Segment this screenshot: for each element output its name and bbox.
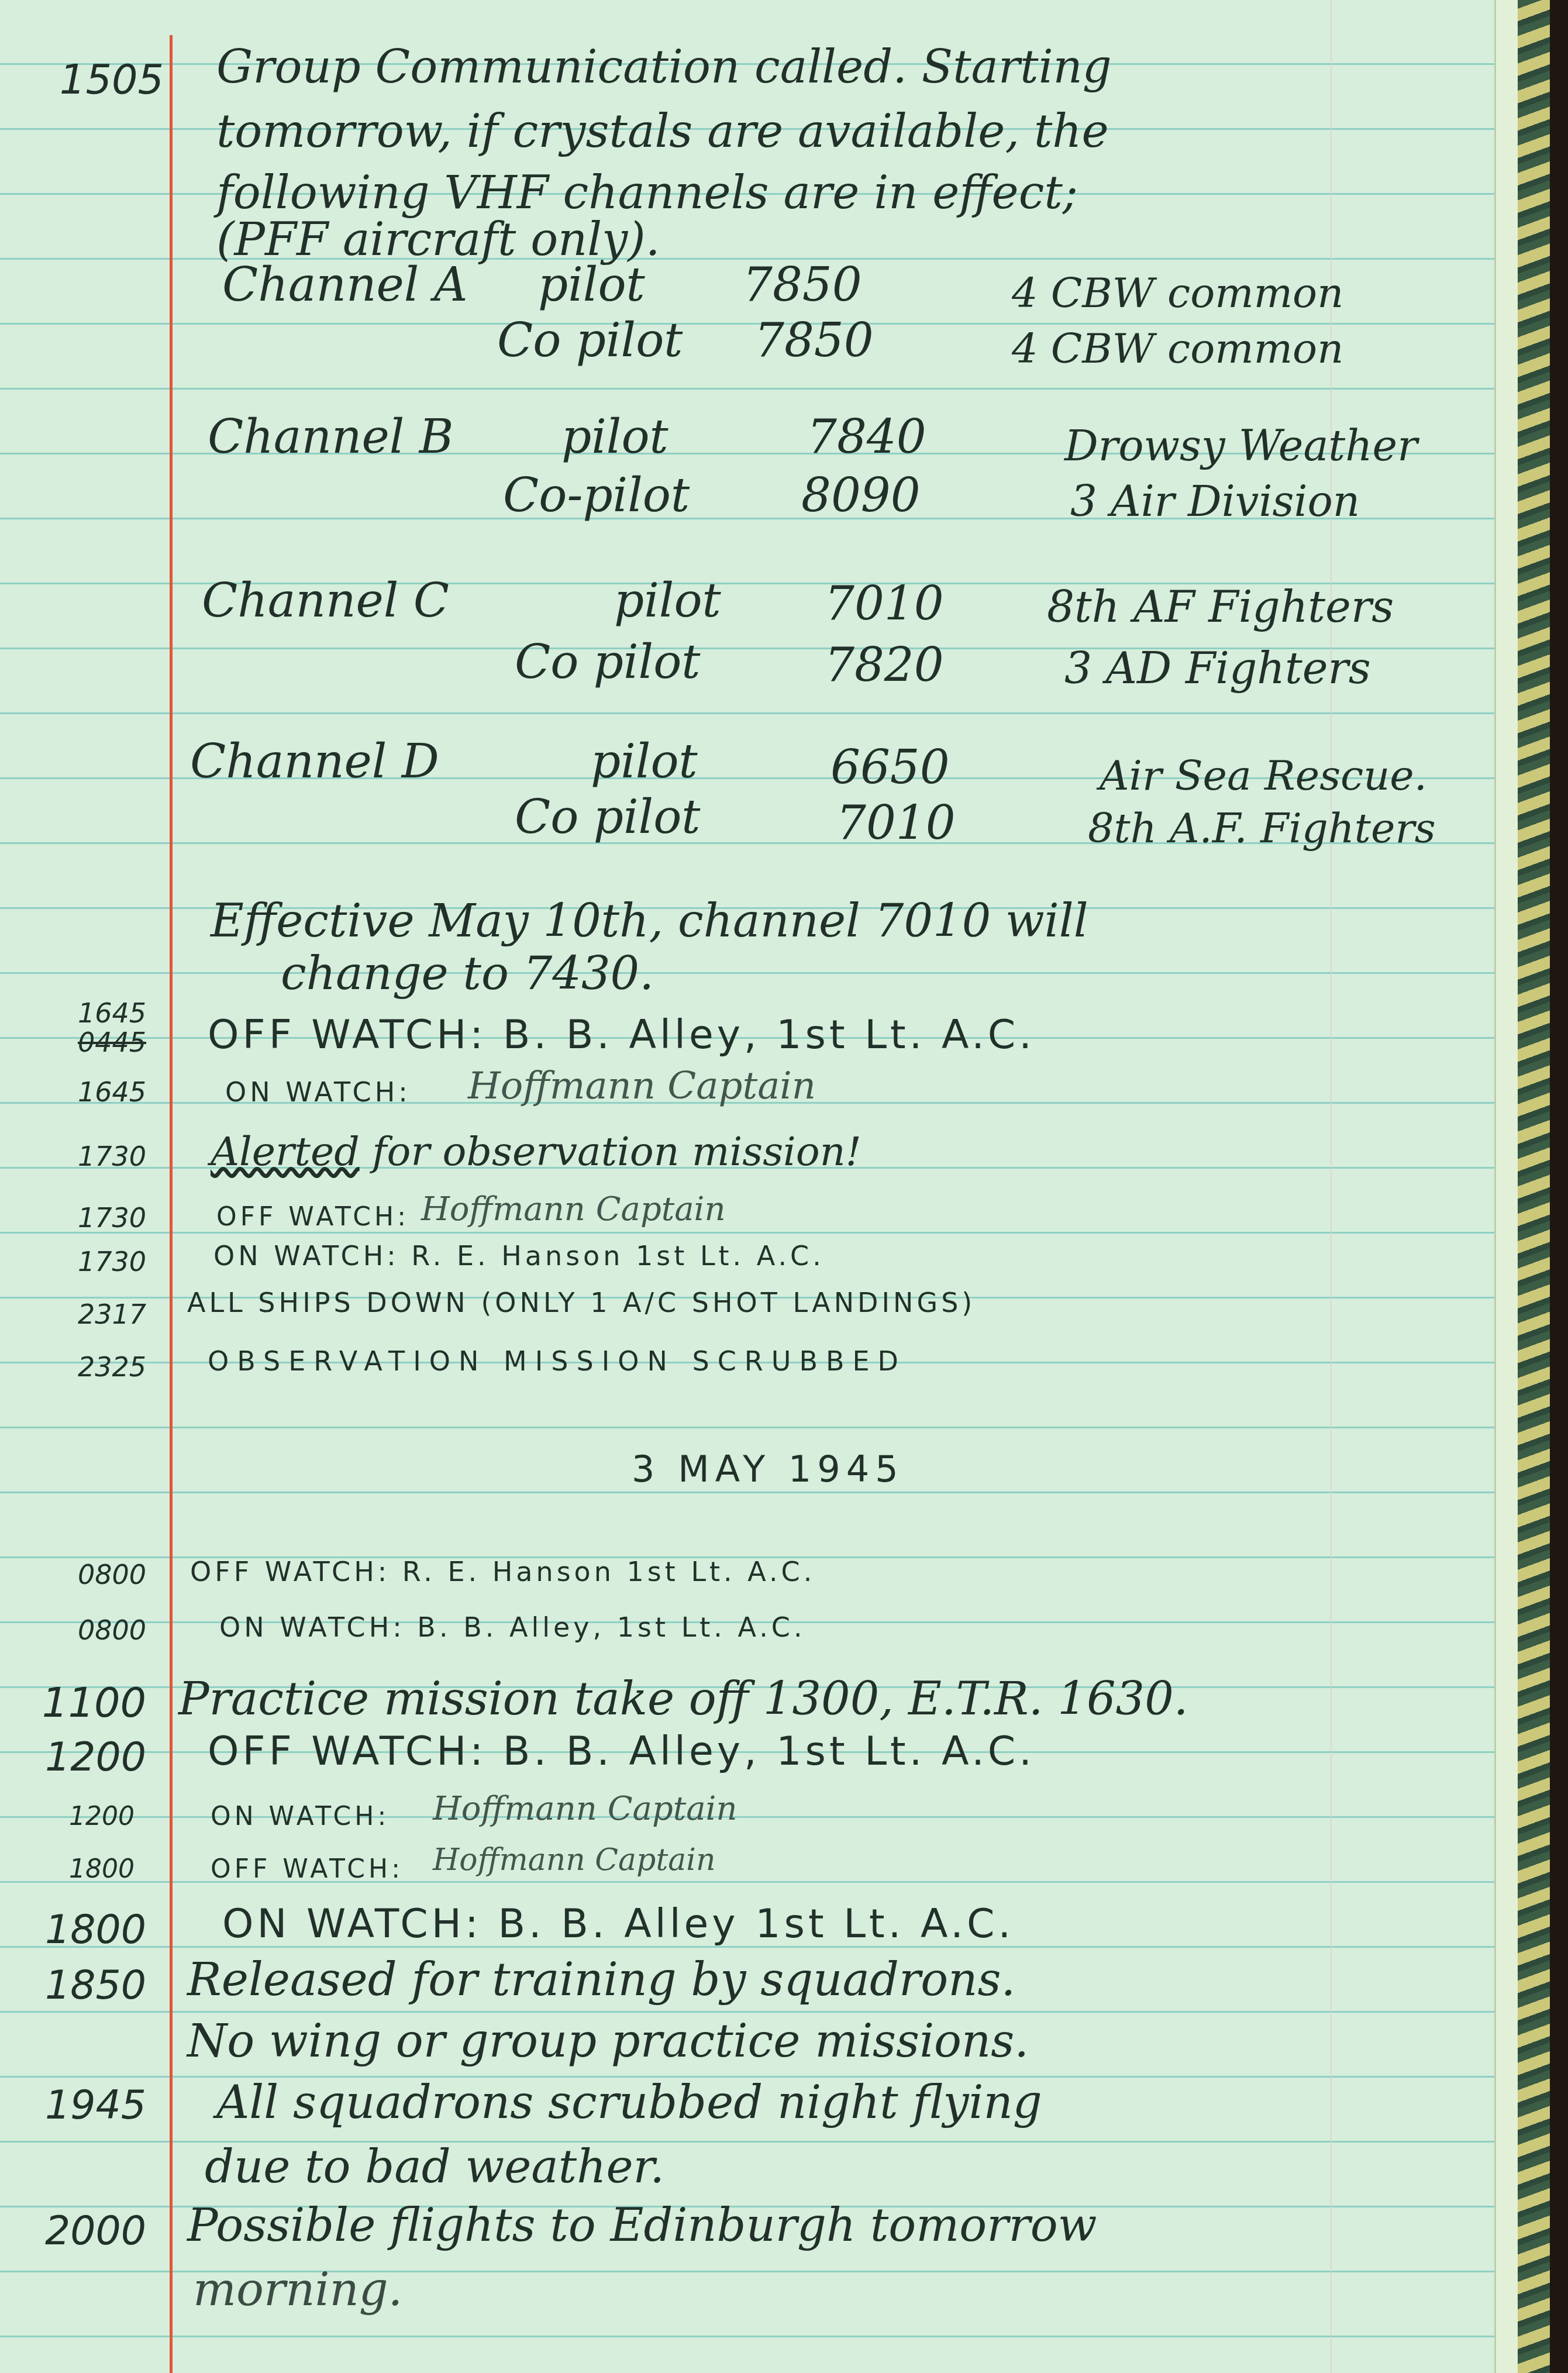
log-time: 1730 xyxy=(12,1202,146,1234)
log-time: 0800 xyxy=(12,1614,146,1646)
log-entry: OFF WATCH: R. E. Hanson 1st Lt. A.C. xyxy=(190,1556,815,1587)
signature: Hoffmann Captain xyxy=(433,1790,738,1828)
log-entry: All squadrons scrubbed night flying xyxy=(216,2076,1042,2129)
channel-use: Drowsy Weather xyxy=(1064,421,1418,470)
channel-freq: 8090 xyxy=(801,468,921,522)
channel-use: 4 CBW common xyxy=(1012,325,1343,373)
left-margin-rule xyxy=(170,35,173,2373)
channel-freq: 7010 xyxy=(825,576,944,631)
signature: Hoffmann Captain xyxy=(421,1190,726,1228)
channel-freq: 7840 xyxy=(807,409,926,464)
log-entry: Alerted for observation mission! xyxy=(211,1129,861,1175)
log-time: 1945 xyxy=(12,2082,146,2129)
log-entry: Released for training by squadrons. xyxy=(187,1954,1015,2006)
channel-role: Co-pilot xyxy=(503,468,690,522)
log-time: 2000 xyxy=(12,2208,146,2254)
date-heading: 3 MAY 1945 xyxy=(632,1448,904,1490)
channel-freq: 7850 xyxy=(743,257,862,312)
log-time: 1800 xyxy=(0,1854,135,1884)
channel-use: 3 AD Fighters xyxy=(1064,643,1371,694)
log-time: 1850 xyxy=(12,1962,146,2009)
entry-text: following VHF channels are in effect; xyxy=(216,167,1078,219)
log-entry: Possible flights to Edinburgh tomorrow xyxy=(187,2199,1097,2252)
log-entry: ON WATCH: xyxy=(225,1076,411,1108)
channel-freq: 7010 xyxy=(836,795,956,850)
effective-note: change to 7430. xyxy=(281,948,654,1000)
log-entry: ON WATCH: R. E. Hanson 1st Lt. A.C. xyxy=(213,1240,825,1272)
log-time: 1730 xyxy=(12,1141,146,1172)
page-edge xyxy=(1494,0,1519,2373)
effective-note: Effective May 10th, channel 7010 will xyxy=(211,895,1088,948)
log-entry: ALL SHIPS DOWN (ONLY 1 A/C SHOT LANDINGS… xyxy=(187,1287,976,1318)
log-time: 0800 xyxy=(12,1559,146,1590)
log-time-struck: 0445 xyxy=(12,1027,146,1058)
log-time: 1730 xyxy=(12,1246,146,1277)
log-entry: morning. xyxy=(193,2264,402,2316)
log-entry: OFF WATCH: B. B. Alley, 1st Lt. A.C. xyxy=(208,1728,1035,1775)
log-time: 1200 xyxy=(12,1734,146,1780)
channel-name: Channel C xyxy=(202,573,449,628)
channel-role: Co pilot xyxy=(515,635,701,689)
log-time: 1645 xyxy=(12,997,146,1029)
log-time: 2325 xyxy=(12,1351,146,1383)
log-entry: ON WATCH: B. B. Alley 1st Lt. A.C. xyxy=(222,1901,1014,1947)
log-entry: OBSERVATION MISSION SCRUBBED xyxy=(208,1345,907,1377)
channel-role: Co pilot xyxy=(497,313,683,367)
alert-underlined-word: Alerted xyxy=(211,1129,360,1175)
log-time: 1100 xyxy=(12,1679,146,1727)
alert-text: for observation mission! xyxy=(372,1129,861,1175)
channel-name: Channel A xyxy=(222,257,468,312)
log-entry: due to bad weather. xyxy=(205,2141,664,2193)
log-entry: OFF WATCH: xyxy=(211,1854,404,1884)
log-entry: Practice mission take off 1300, E.T.R. 1… xyxy=(178,1673,1188,1725)
channel-use: Air Sea Rescue. xyxy=(1100,752,1427,800)
channel-use: 3 Air Division xyxy=(1070,477,1360,526)
log-entry: ON WATCH: xyxy=(211,1802,390,1831)
channel-role: pilot xyxy=(614,573,721,628)
channel-role: pilot xyxy=(538,257,645,312)
book-binding xyxy=(1550,0,1568,2373)
log-time: 1645 xyxy=(12,1076,146,1108)
log-time: 1200 xyxy=(0,1802,135,1831)
channel-name: Channel B xyxy=(208,409,454,464)
entry-text: tomorrow, if crystals are available, the xyxy=(216,105,1109,158)
channel-use: 4 CBW common xyxy=(1012,269,1343,317)
log-entry: No wing or group practice missions. xyxy=(187,2015,1029,2068)
channel-freq: 7850 xyxy=(754,313,874,367)
log-entry: OFF WATCH: B. B. Alley, 1st Lt. A.C. xyxy=(208,1012,1035,1058)
entry-text: Group Communication called. Starting xyxy=(216,41,1112,94)
signature: Hoffmann Captain xyxy=(433,1842,715,1878)
log-entry: ON WATCH: B. B. Alley, 1st Lt. A.C. xyxy=(219,1611,806,1643)
channel-use: 8th A.F. Fighters xyxy=(1088,804,1436,852)
channel-freq: 6650 xyxy=(830,740,950,794)
log-entry: OFF WATCH: xyxy=(216,1202,409,1232)
entry-time: 1505 xyxy=(29,56,164,104)
log-time: 1800 xyxy=(12,1907,146,1953)
channel-freq: 7820 xyxy=(825,638,944,692)
marbled-edge xyxy=(1518,0,1550,2373)
log-time: 2317 xyxy=(12,1299,146,1330)
signature: Hoffmann Captain xyxy=(468,1065,816,1108)
channel-role: pilot xyxy=(561,409,668,464)
channel-role: Co pilot xyxy=(515,790,701,844)
channel-name: Channel D xyxy=(190,734,439,788)
channel-use: 8th AF Fighters xyxy=(1047,582,1394,632)
channel-role: pilot xyxy=(591,734,698,788)
